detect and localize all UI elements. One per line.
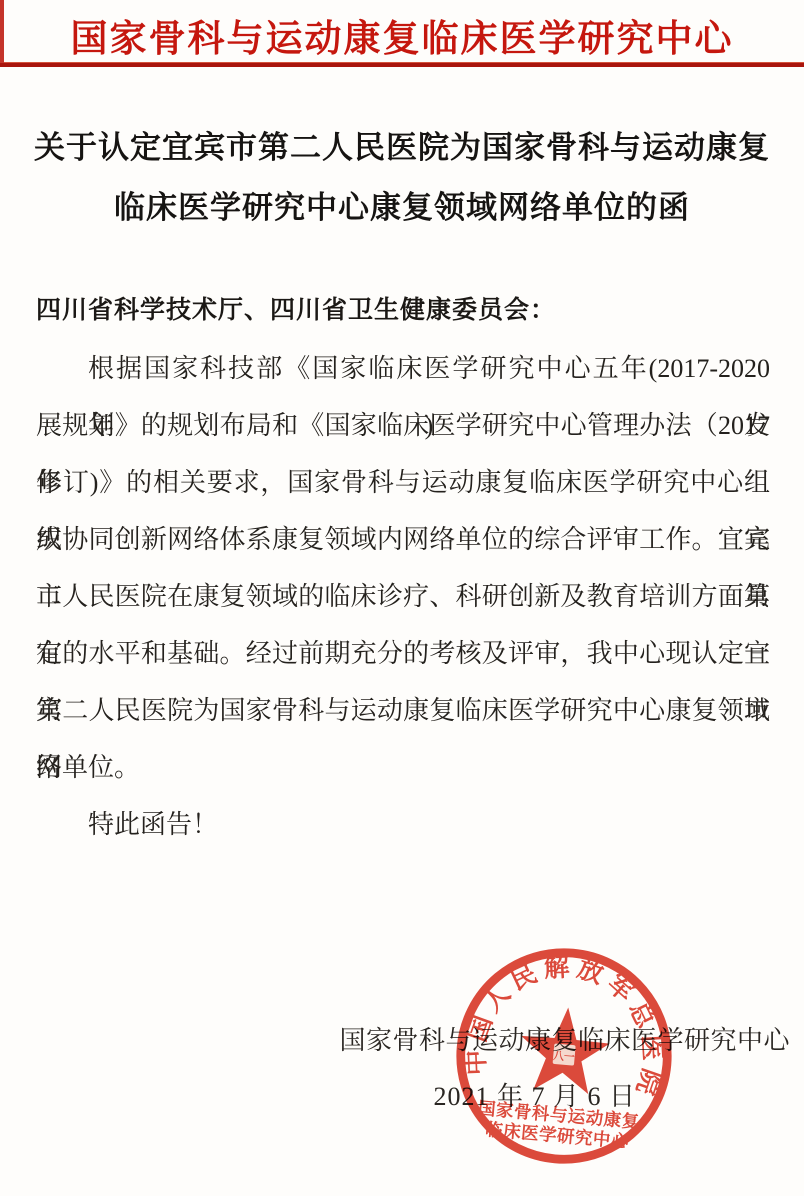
body-line: 第二人民医院为国家骨科与运动康复临床医学研究中心康复领域网	[36, 682, 770, 739]
letterhead-divider-line	[0, 62, 804, 67]
document-title: 关于认定宜宾市第二人民医院为国家骨科与运动康复 临床医学研究中心康复领域网络单位…	[20, 118, 784, 238]
official-seal: 中国人民解放军总医院 八一 国家骨科与运动康复 临床医学研究中心	[443, 935, 686, 1178]
letter-page: 国家骨科与运动康复临床医学研究中心 关于认定宜宾市第二人民医院为国家骨科与运动康…	[0, 0, 804, 1196]
body-line: 修订)》的相关要求，国家骨科与运动康复临床医学研究中心组织完	[36, 454, 770, 511]
body-line: 成协同创新网络体系康复领域内网络单位的综合评审工作。宜宾市第	[36, 511, 770, 568]
document-title-line1: 关于认定宜宾市第二人民医院为国家骨科与运动康复	[20, 118, 784, 178]
closing-line: 特此函告！	[36, 796, 770, 853]
seal-star-emblem-label: 八一	[553, 1050, 576, 1064]
body-line: 定的水平和基础。经过前期充分的考核及评审，我中心现认定宜宾市	[36, 625, 770, 682]
body-line: 二人民医院在康复领域的临床诊疗、科研创新及教育培训方面具有一	[36, 568, 770, 625]
body-line: 根据国家科技部《国家临床医学研究中心五年(2017-2020 年)发	[36, 340, 770, 397]
body-line: 展规划》的规划布局和《国家临床医学研究中心管理办法（2017 年	[36, 397, 770, 454]
letterhead-org-name: 国家骨科与运动康复临床医学研究中心	[0, 8, 804, 62]
scan-edge-artifact	[0, 0, 4, 63]
document-title-line2: 临床医学研究中心康复领域网络单位的函	[20, 178, 784, 238]
addressee: 四川省科学技术厅、四川省卫生健康委员会：	[36, 290, 770, 326]
seal-graphic: 中国人民解放军总医院 八一 国家骨科与运动康复 临床医学研究中心	[443, 935, 686, 1178]
body-paragraph: 根据国家科技部《国家临床医学研究中心五年(2017-2020 年)发 展规划》的…	[36, 340, 770, 853]
body-line: 络单位。	[36, 739, 770, 796]
